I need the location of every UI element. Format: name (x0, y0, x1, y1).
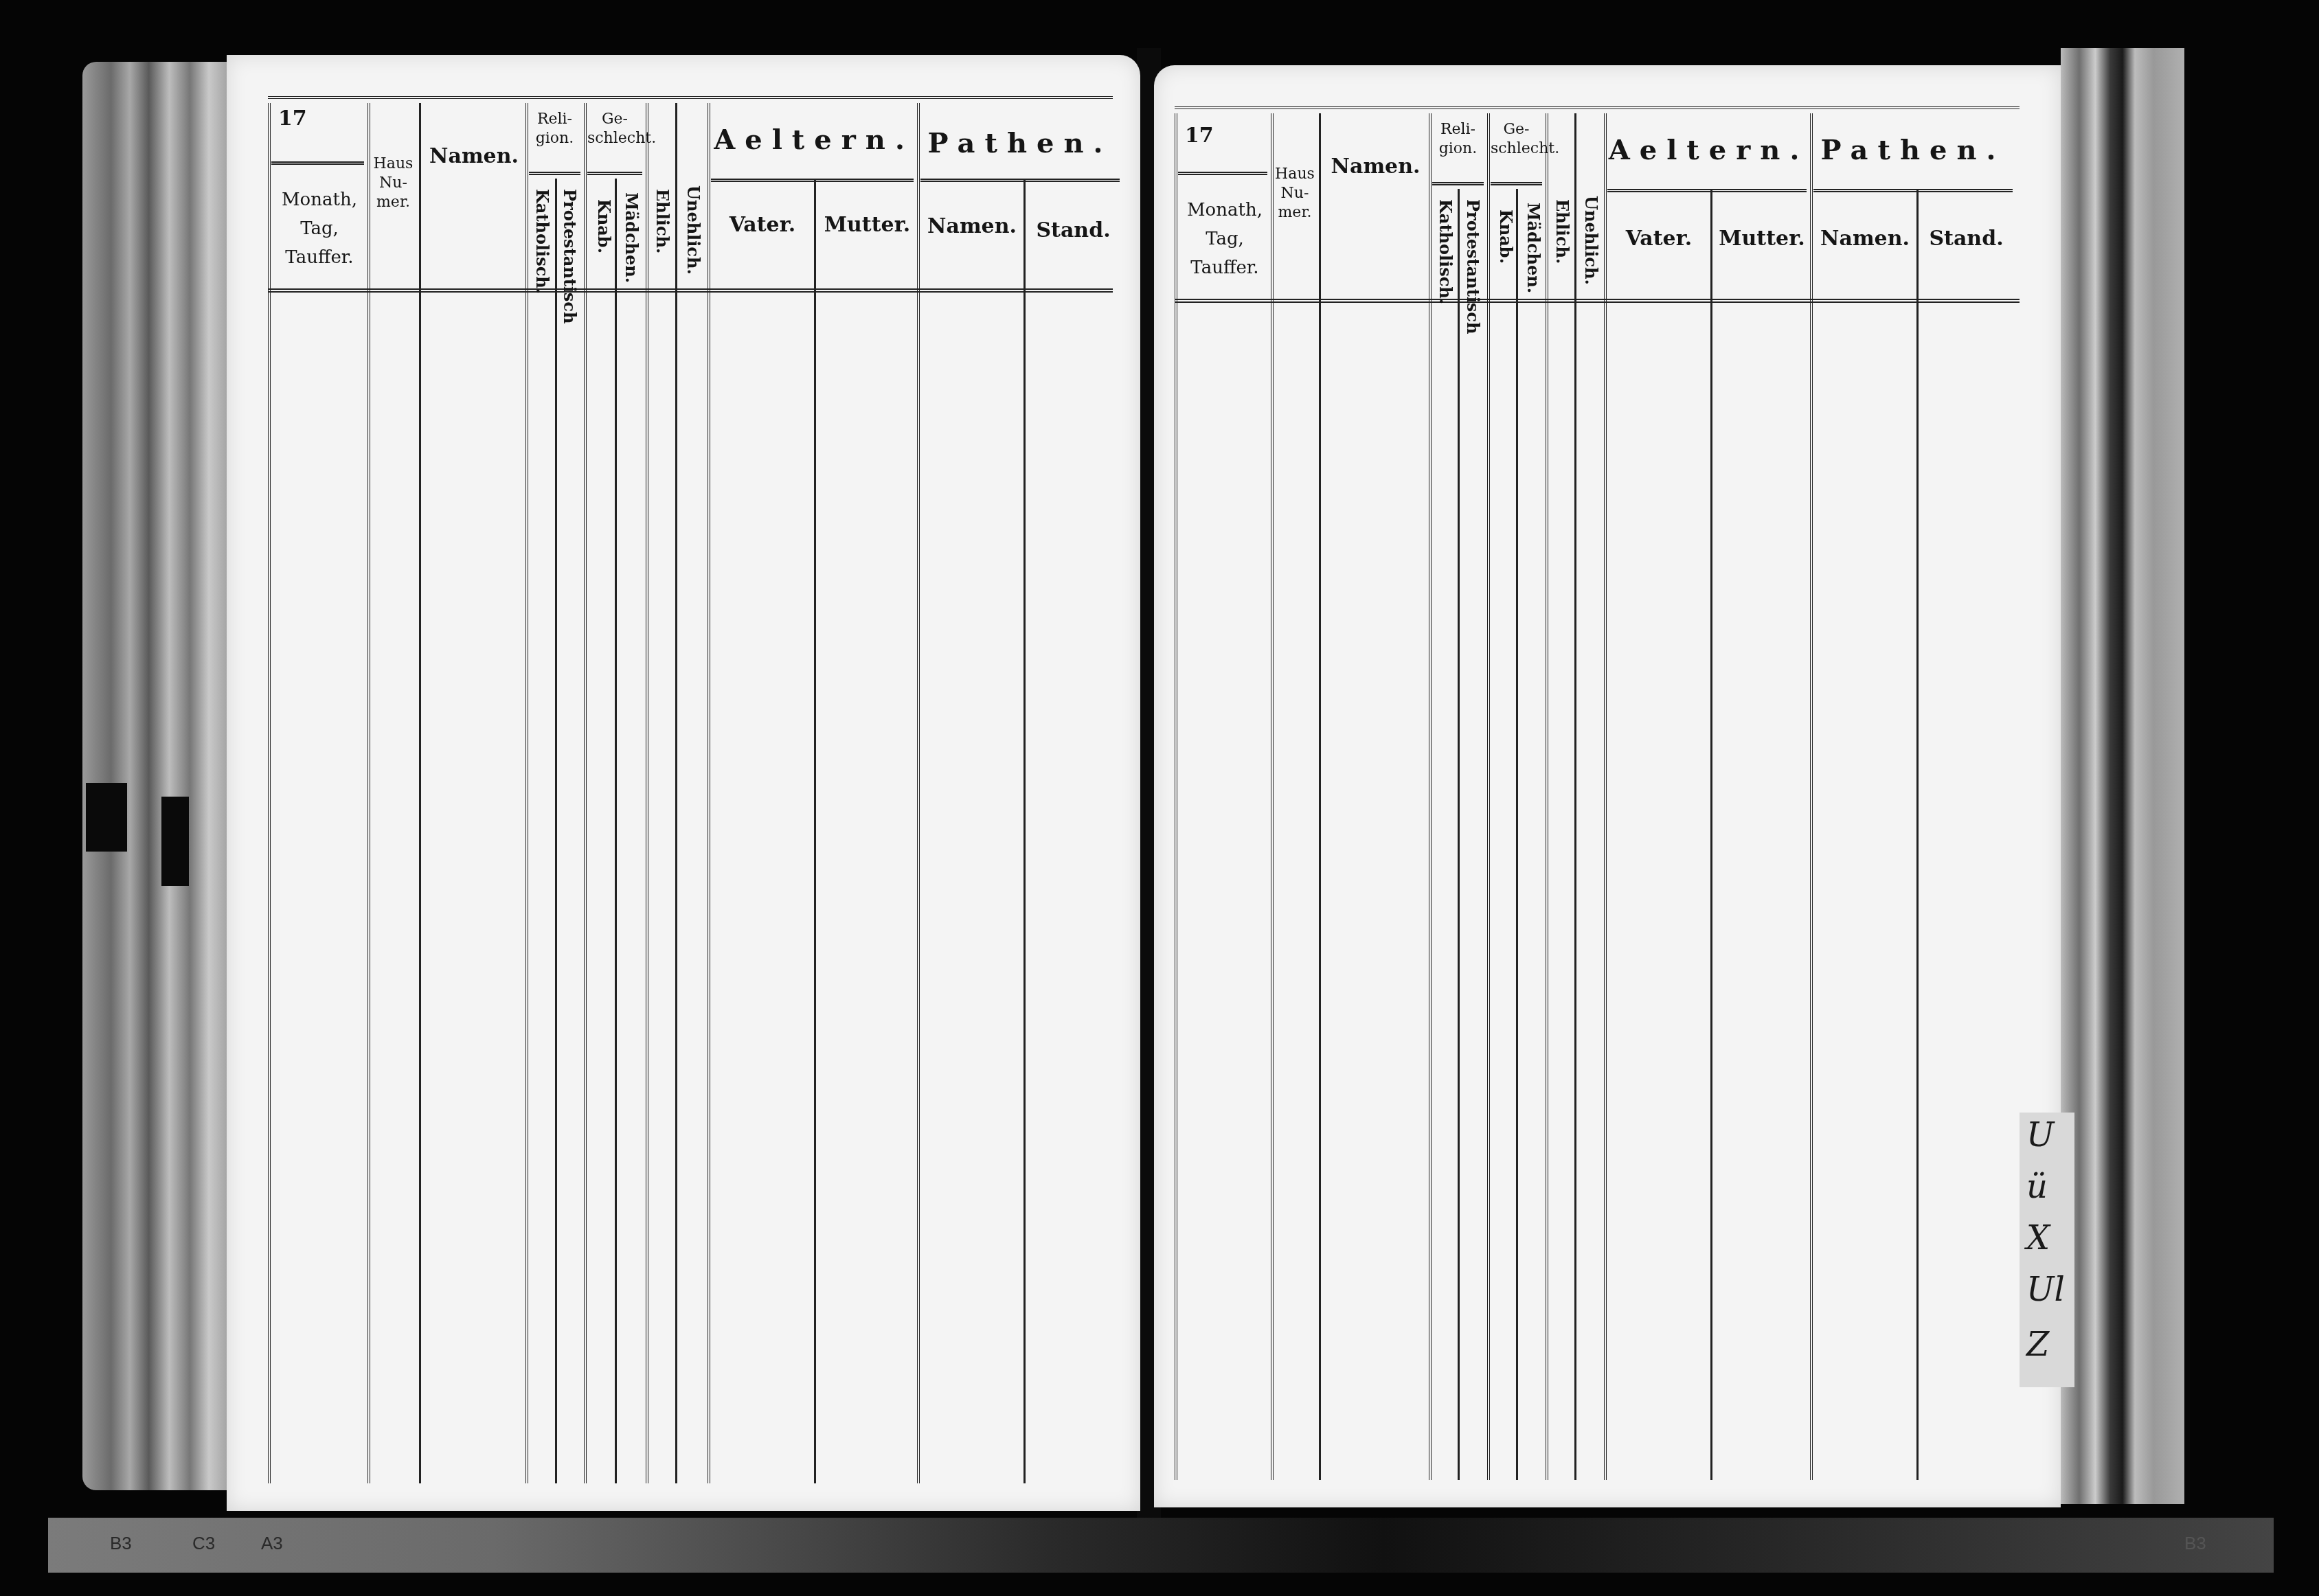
header-name: Namen. (1322, 155, 1429, 179)
register-table-left: 17 Monath, Tag, Tauffer. Haus Nu- mer. N… (268, 96, 1113, 1483)
index-letter: X (2026, 1219, 2050, 1257)
header-illegitimate: Unehlich. (683, 185, 703, 275)
header-sex: Ge- schlecht. (587, 110, 642, 148)
index-letter: ü (2026, 1167, 2048, 1206)
header-name: Namen. (422, 144, 525, 168)
header-godparents: Pathen. (920, 127, 1120, 159)
header-legitimate: Ehlich. (1552, 199, 1572, 264)
header-catholic: Katholisch. (532, 189, 552, 294)
header-catholic: Katholisch. (1436, 199, 1456, 304)
book-edge-right (2061, 48, 2184, 1504)
register-table-right: 17 Monath, Tag, Tauffer. Haus Nu- mer. N… (1175, 106, 2020, 1480)
header-religion: Reli- gion. (1432, 120, 1484, 159)
ruler-label: C3 (192, 1533, 215, 1554)
header-godparent-name: Namen. (920, 214, 1023, 238)
index-letter: Ul (2026, 1270, 2065, 1309)
right-page: 17 Monath, Tag, Tauffer. Haus Nu- mer. N… (1154, 65, 2061, 1507)
scale-ruler: B3 C3 A3 B3 (48, 1518, 2274, 1573)
header-legitimate: Ehlich. (653, 189, 672, 253)
book-edge-left (82, 62, 240, 1490)
header-boy: Knab. (594, 199, 614, 253)
page-marker-left-1 (86, 783, 127, 852)
header-girl: Mädchen. (1524, 203, 1543, 293)
header-house-number: Haus Nu- mer. (371, 155, 416, 212)
header-girl: Mädchen. (622, 192, 642, 283)
header-mother: Mutter. (1714, 227, 1810, 251)
ruler-label: B3 (110, 1533, 132, 1554)
left-page: 17 Monath, Tag, Tauffer. Haus Nu- mer. N… (227, 55, 1140, 1511)
ruler-label: B3 (2184, 1533, 2206, 1554)
header-godparent-name: Namen. (1813, 227, 1916, 251)
header-religion: Reli- gion. (529, 110, 580, 148)
header-protestant: Protestantisch (1463, 199, 1483, 334)
index-letter: U (2026, 1116, 2054, 1154)
header-sex: Ge- schlecht. (1491, 120, 1542, 159)
header-illegitimate: Unehlich. (1581, 196, 1601, 285)
header-godparents: Pathen. (1813, 134, 2013, 166)
header-mother: Mutter. (817, 213, 917, 237)
header-godparent-status: Stand. (1027, 218, 1120, 242)
index-tab: U ü X Ul Z (2020, 1113, 2074, 1387)
year-prefix: 17 (1185, 124, 1214, 148)
header-father: Vater. (1607, 227, 1710, 251)
index-letter: Z (2026, 1325, 2049, 1364)
ruler-label: A3 (261, 1533, 283, 1554)
header-parents: Aeltern. (711, 124, 917, 156)
header-date: Monath, Tag, Tauffer. (1180, 196, 1269, 282)
header-godparent-status: Stand. (1920, 227, 2013, 251)
header-date: Monath, Tag, Tauffer. (275, 185, 364, 272)
header-parents: Aeltern. (1607, 134, 1810, 166)
page-marker-left-2 (161, 797, 189, 886)
header-boy: Knab. (1496, 209, 1516, 264)
header-protestant: Protestantisch (560, 189, 580, 323)
header-father: Vater. (711, 213, 814, 237)
year-prefix: 17 (278, 106, 307, 130)
header-house-number: Haus Nu- mer. (1274, 165, 1315, 223)
